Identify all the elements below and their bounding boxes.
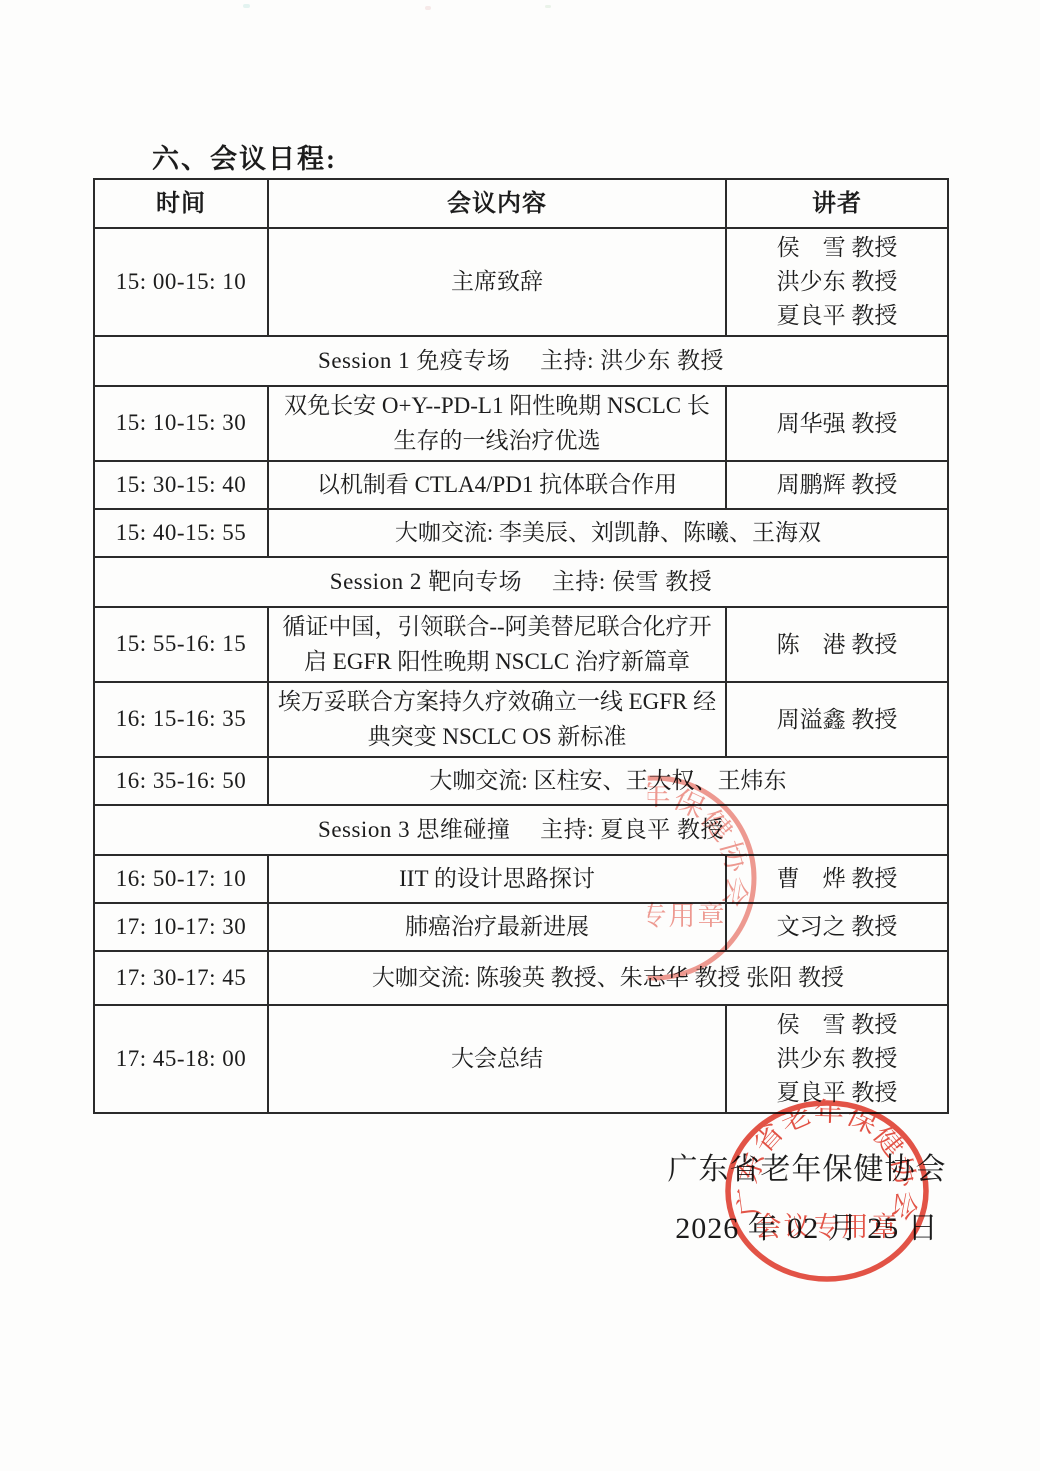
speaker-name: 洪少东 教授 xyxy=(733,265,941,299)
content-cell: 主席致辞 xyxy=(268,228,726,336)
content-cell: 大会总结 xyxy=(268,1005,726,1113)
time-cell: 16: 50-17: 10 xyxy=(94,855,268,903)
speaker-cell: 文习之 教授 xyxy=(726,903,948,951)
session-row: Session 2 靶向专场 主持: 侯雪 教授 xyxy=(94,557,948,607)
col-header-content: 会议内容 xyxy=(268,179,726,228)
session-row: Session 3 思维碰撞 主持: 夏良平 教授 xyxy=(94,805,948,855)
content-cell: 以机制看 CTLA4/PD1 抗体联合作用 xyxy=(268,461,726,509)
panel-row: 17: 30-17: 45 大咖交流: 陈骏英 教授、朱志华 教授 张阳 教授 xyxy=(94,951,948,1005)
speaker-cell: 周鹏辉 教授 xyxy=(726,461,948,509)
document-date: 2026 年 02 月 25 日 xyxy=(640,1203,974,1247)
time-cell: 15: 40-15: 55 xyxy=(94,509,268,557)
col-header-time: 时间 xyxy=(94,179,268,228)
time-cell: 15: 10-15: 30 xyxy=(94,386,268,461)
agenda-row: 15: 10-15: 30 双免长安 O+Y--PD-L1 阳性晚期 NSCLC… xyxy=(94,386,948,461)
section-title: 六、会议日程: xyxy=(152,137,337,176)
speaker-cell: 周华强 教授 xyxy=(726,386,948,461)
organization-name: 广东省老年保健协会 xyxy=(640,1144,974,1188)
time-cell: 17: 45-18: 00 xyxy=(94,1005,268,1113)
speaker-name: 洪少东 教授 xyxy=(733,1042,941,1076)
agenda-row: 17: 10-17: 30 肺癌治疗最新进展 文习之 教授 xyxy=(94,903,948,951)
speaker-cell: 曹 烨 教授 xyxy=(726,855,948,903)
agenda-table: 时间 会议内容 讲者 15: 00-15: 10 主席致辞 侯 雪 教授 洪少东… xyxy=(93,178,949,1114)
scan-speck xyxy=(545,5,551,8)
speaker-name: 周溢鑫 教授 xyxy=(733,703,941,737)
speaker-cell: 侯 雪 教授 洪少东 教授 夏良平 教授 xyxy=(726,1005,948,1113)
time-cell: 15: 55-16: 15 xyxy=(94,607,268,682)
agenda-row: 17: 45-18: 00 大会总结 侯 雪 教授 洪少东 教授 夏良平 教授 xyxy=(94,1005,948,1113)
panel-content-cell: 大咖交流: 李美辰、刘凯静、陈曦、王海双 xyxy=(268,509,948,557)
agenda-row: 16: 50-17: 10 IIT 的设计思路探讨 曹 烨 教授 xyxy=(94,855,948,903)
table-header-row: 时间 会议内容 讲者 xyxy=(94,179,948,228)
agenda-row: 15: 00-15: 10 主席致辞 侯 雪 教授 洪少东 教授 夏良平 教授 xyxy=(94,228,948,336)
agenda-row: 15: 30-15: 40 以机制看 CTLA4/PD1 抗体联合作用 周鹏辉 … xyxy=(94,461,948,509)
speaker-name: 曹 烨 教授 xyxy=(733,862,941,896)
agenda-row: 16: 15-16: 35 埃万妥联合方案持久疗效确立一线 EGFR 经典突变 … xyxy=(94,682,948,757)
time-cell: 17: 10-17: 30 xyxy=(94,903,268,951)
session-title: Session 2 靶向专场 主持: 侯雪 教授 xyxy=(94,557,948,607)
signature-block: 广东省老年保健协会 2026 年 02 月 25 日 xyxy=(640,1144,974,1247)
speaker-name: 周华强 教授 xyxy=(733,407,941,441)
scan-speck xyxy=(425,6,431,10)
speaker-cell: 陈 港 教授 xyxy=(726,607,948,682)
time-cell: 17: 30-17: 45 xyxy=(94,951,268,1005)
content-cell: 肺癌治疗最新进展 xyxy=(268,903,726,951)
speaker-name: 周鹏辉 教授 xyxy=(733,468,941,502)
document-page: 六、会议日程: 时间 会议内容 讲者 15: 00-15: 10 主席致辞 侯 … xyxy=(0,0,1040,1471)
speaker-name: 陈 港 教授 xyxy=(733,628,941,662)
speaker-name: 夏良平 教授 xyxy=(733,1076,941,1110)
content-cell: 循证中国，引领联合--阿美替尼联合化疗开启 EGFR 阳性晚期 NSCLC 治疗… xyxy=(268,607,726,682)
content-cell: 双免长安 O+Y--PD-L1 阳性晚期 NSCLC 长生存的一线治疗优选 xyxy=(268,386,726,461)
speaker-name: 文习之 教授 xyxy=(733,910,941,944)
panel-row: 16: 35-16: 50 大咖交流: 区柱安、王大权、王炜东 xyxy=(94,757,948,805)
col-header-speaker: 讲者 xyxy=(726,179,948,228)
speaker-name: 夏良平 教授 xyxy=(733,299,941,333)
time-cell: 15: 00-15: 10 xyxy=(94,228,268,336)
session-title: Session 3 思维碰撞 主持: 夏良平 教授 xyxy=(94,805,948,855)
time-cell: 15: 30-15: 40 xyxy=(94,461,268,509)
speaker-name: 侯 雪 教授 xyxy=(733,231,941,265)
session-title: Session 1 免疫专场 主持: 洪少东 教授 xyxy=(94,336,948,386)
speaker-name: 侯 雪 教授 xyxy=(733,1008,941,1042)
content-cell: 埃万妥联合方案持久疗效确立一线 EGFR 经典突变 NSCLC OS 新标准 xyxy=(268,682,726,757)
scan-speck xyxy=(243,4,250,8)
agenda-row: 15: 55-16: 15 循证中国，引领联合--阿美替尼联合化疗开启 EGFR… xyxy=(94,607,948,682)
speaker-cell: 周溢鑫 教授 xyxy=(726,682,948,757)
content-cell: IIT 的设计思路探讨 xyxy=(268,855,726,903)
speaker-cell: 侯 雪 教授 洪少东 教授 夏良平 教授 xyxy=(726,228,948,336)
panel-content-cell: 大咖交流: 陈骏英 教授、朱志华 教授 张阳 教授 xyxy=(268,951,948,1005)
time-cell: 16: 35-16: 50 xyxy=(94,757,268,805)
time-cell: 16: 15-16: 35 xyxy=(94,682,268,757)
panel-row: 15: 40-15: 55 大咖交流: 李美辰、刘凯静、陈曦、王海双 xyxy=(94,509,948,557)
session-row: Session 1 免疫专场 主持: 洪少东 教授 xyxy=(94,336,948,386)
panel-content-cell: 大咖交流: 区柱安、王大权、王炜东 xyxy=(268,757,948,805)
